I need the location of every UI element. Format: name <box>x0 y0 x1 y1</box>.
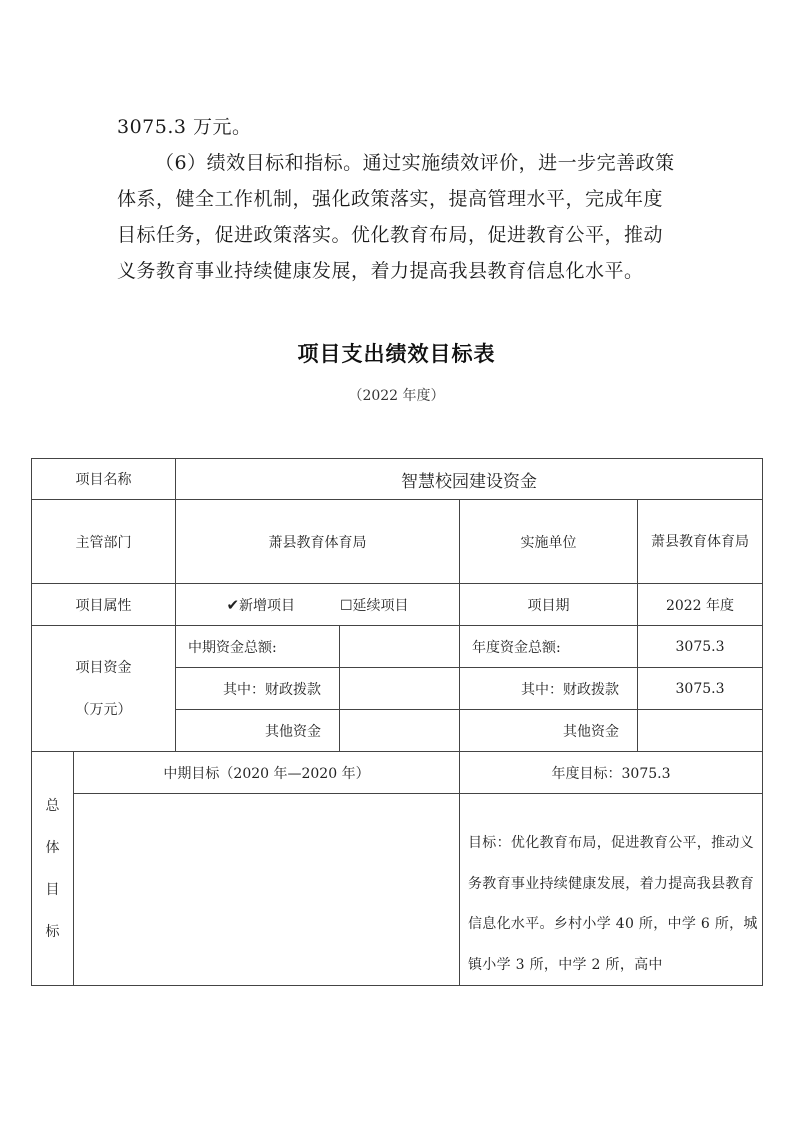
table-row: 项目名称 智慧校园建设资金 <box>32 459 763 500</box>
funds-label-text: 项目资金 <box>38 647 169 689</box>
table-title: 项目支出绩效目标表 <box>0 338 793 368</box>
performance-goal-table: 项目名称 智慧校园建设资金 主管部门 萧县教育体育局 实施单位 萧县教育体育局 … <box>31 458 763 986</box>
mid-fiscal-value <box>340 668 460 710</box>
mid-total-value <box>340 626 460 668</box>
annual-goal-text: 目标：优化教育布局，促进教育公平，推动义务教育事业持续健康发展，着力提高我县教育… <box>460 823 762 985</box>
checked-checkbox-icon: ✔ <box>226 596 239 614</box>
table-row: 主管部门 萧县教育体育局 实施单位 萧县教育体育局 <box>32 500 763 584</box>
table-row: 总 体 目 标 中期目标（2020 年—2020 年） 年度目标：3075.3 <box>32 752 763 794</box>
impl-unit-label: 实施单位 <box>460 500 638 584</box>
mid-other-value <box>340 710 460 752</box>
project-name-label: 项目名称 <box>32 459 176 500</box>
attr-new-label: 新增项目 <box>239 598 295 614</box>
mid-goal-header: 中期目标（2020 年—2020 年） <box>74 752 460 794</box>
mid-goal-text <box>74 794 460 986</box>
annual-goal-header: 年度目标：3075.3 <box>460 752 763 794</box>
mid-fiscal-label: 其中：财政拨款 <box>176 668 340 710</box>
overall-goal-char: 目 <box>32 869 73 911</box>
body-paragraph-performance-goals: （6）绩效目标和指标。通过实施绩效评价，进一步完善政策体系，健全工作机制，强化政… <box>117 145 677 289</box>
annual-other-value <box>638 710 763 752</box>
annual-goal-cell: 目标：优化教育布局，促进教育公平，推动义务教育事业持续健康发展，着力提高我县教育… <box>460 794 763 986</box>
table-row: 项目资金 （万元） 中期资金总额: 年度资金总额: 3075.3 <box>32 626 763 668</box>
annual-other-label: 其他资金 <box>460 710 638 752</box>
dept-label: 主管部门 <box>32 500 176 584</box>
annual-fiscal-label: 其中：财政拨款 <box>460 668 638 710</box>
table-subtitle: （2022 年度） <box>0 385 793 405</box>
body-paragraph-amount: 3075.3 万元。 <box>117 109 677 145</box>
table-row: 项目属性 ✔新增项目 ☐延续项目 项目期 2022 年度 <box>32 584 763 626</box>
annual-total-label: 年度资金总额: <box>460 626 638 668</box>
attr-label: 项目属性 <box>32 584 176 626</box>
mid-other-label: 其他资金 <box>176 710 340 752</box>
attr-options: ✔新增项目 ☐延续项目 <box>176 584 460 626</box>
unchecked-checkbox-icon: ☐ <box>340 598 353 614</box>
table-row: 目标：优化教育布局，促进教育公平，推动义务教育事业持续健康发展，着力提高我县教育… <box>32 794 763 986</box>
project-name-value: 智慧校园建设资金 <box>176 459 763 500</box>
overall-goal-label: 总 体 目 标 <box>32 752 74 986</box>
dept-value: 萧县教育体育局 <box>176 500 460 584</box>
annual-fiscal-value: 3075.3 <box>638 668 763 710</box>
annual-total-value: 3075.3 <box>638 626 763 668</box>
impl-unit-value: 萧县教育体育局 <box>638 500 763 584</box>
attr-continue-label: 延续项目 <box>353 598 409 614</box>
period-value: 2022 年度 <box>638 584 763 626</box>
funds-unit-text: （万元） <box>38 689 169 731</box>
funds-label: 项目资金 （万元） <box>32 626 176 752</box>
overall-goal-char: 标 <box>32 911 73 953</box>
overall-goal-char: 总 <box>32 785 73 827</box>
overall-goal-char: 体 <box>32 827 73 869</box>
mid-total-label: 中期资金总额: <box>176 626 340 668</box>
period-label: 项目期 <box>460 584 638 626</box>
